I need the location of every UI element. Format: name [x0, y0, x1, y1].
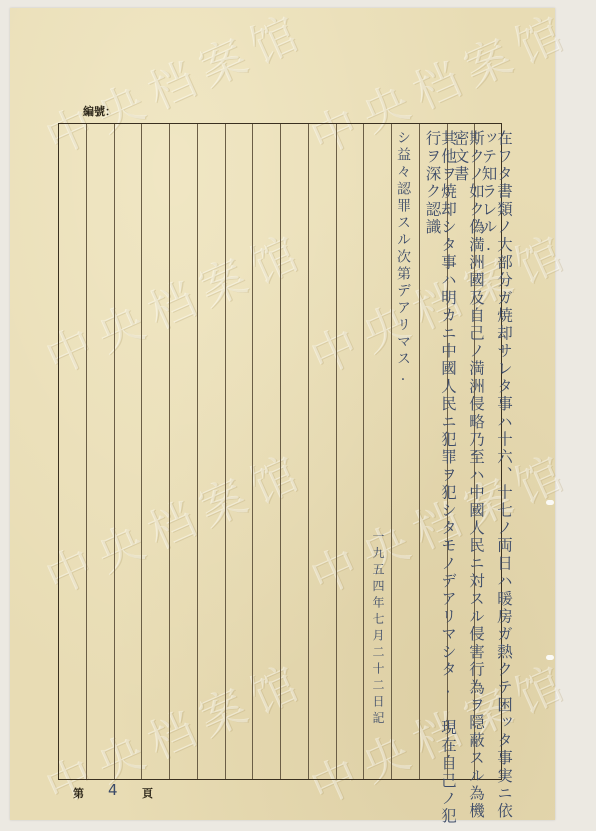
column-rule: [336, 124, 337, 779]
column-rule: [419, 124, 420, 779]
serial-number-label: 編號：: [83, 103, 116, 119]
column-rule: [391, 124, 392, 779]
column-rule: [197, 124, 198, 779]
column-rule: [363, 124, 364, 779]
text-column-4: シ益々認罪スル次第デアリマス.: [396, 130, 410, 387]
column-rule: [252, 124, 253, 779]
punch-hole: [546, 500, 554, 505]
footer-suffix: 頁: [142, 785, 153, 801]
text-column-3: 其他ヲ焼却シタ事ハ明カニ中國人民ニ犯罪ヲ犯シタモノデアリマシタ. 現在自己ノ犯行…: [424, 130, 455, 831]
column-rule: [114, 124, 115, 779]
column-rule: [308, 124, 309, 779]
date-line: 一九五四年七月二十二日記: [370, 530, 387, 728]
footer-prefix: 第: [73, 785, 84, 801]
punch-hole: [546, 655, 554, 660]
column-rule: [169, 124, 170, 779]
column-rule: [141, 124, 142, 779]
column-rule: [86, 124, 87, 779]
page-number: 4: [108, 781, 118, 799]
column-rule: [280, 124, 281, 779]
column-rule: [225, 124, 226, 779]
